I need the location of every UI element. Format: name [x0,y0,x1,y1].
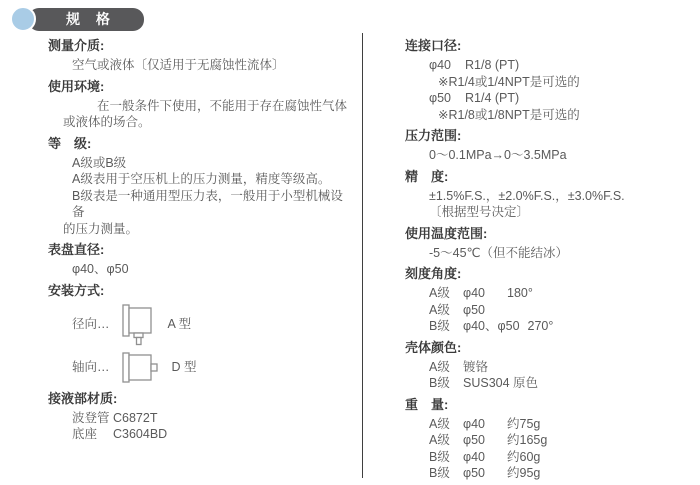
weight-size: φ50 [463,432,499,449]
weight-grade: B级 [429,449,463,466]
weight-row: B级 φ50 约95g [429,465,690,482]
section-title-weight: 重 量: [405,396,690,414]
section-title-environment: 使用环境: [48,78,348,96]
section-title-wetted-material: 接液部材质: [48,390,348,408]
section-title-grade: 等 级: [48,135,348,153]
weight-value: 约60g [507,449,540,466]
case-color-grade: B级 [429,375,463,392]
weight-row: B级 φ40 约60g [429,449,690,466]
accuracy-text-line1: ±1.5%F.S.，±2.0%F.S.，±3.0%F.S. [429,188,690,205]
dial-diameter-text: φ40、φ50 [72,261,348,278]
wetted-material-row: 底座 C3604BD [72,426,348,443]
port-note: ※R1/8或1/8NPT是可选的 [438,107,690,124]
material-part-name: 底座 [72,426,113,443]
weight-value: 约165g [507,432,547,449]
case-color-value: SUS304 原色 [463,375,538,392]
grade-text-line3: B级表是一种通用型压力表，一般用于小型机械设备 [72,188,348,221]
angle-grade: B级 [429,318,463,335]
bullet-circle-icon [10,6,36,32]
section-title-connection-port: 连接口径: [405,37,690,55]
weight-size: φ40 [463,449,499,466]
radial-type-label: A 型 [168,316,192,333]
accuracy-text-line2: 〔根据型号决定〕 [429,204,690,221]
mounting-row-radial: 径向… A 型 [72,304,348,346]
radial-label: 径向… [72,316,110,333]
case-color-value: 镀铬 [463,359,488,376]
material-part-value: C3604BD [113,426,167,443]
environment-text-line2: 或液体的场合。 [63,114,348,131]
angle-value: 180° [507,285,533,302]
port-size: φ50 [429,90,465,107]
measuring-medium-text: 空气或液体〔仅适用于无腐蚀性流体〕 [72,57,348,74]
weight-row: A级 φ50 约165g [429,432,690,449]
weight-value: 约75g [507,416,540,433]
case-color-row: B级 SUS304 原色 [429,375,690,392]
wetted-material-row: 波登管 C6872T [72,410,348,427]
left-column: 测量介质: 空气或液体〔仅适用于无腐蚀性流体〕 使用环境: 在一般条件下使用，不… [48,33,348,443]
port-row: φ50 R1/4 (PT) [429,90,690,107]
weight-grade: A级 [429,416,463,433]
material-part-value: C6872T [113,410,157,427]
scale-angle-row: B级 φ40、φ50 270° [429,318,690,335]
port-thread: R1/8 (PT) [465,57,519,74]
section-title-scale-angle: 刻度角度: [405,265,690,283]
grade-text-line2: A级表用于空压机上的压力测量，精度等级高。 [72,171,348,188]
axial-label: 轴向… [72,359,110,376]
angle-size: φ40 [463,285,499,302]
grade-text-line4: 的压力测量。 [63,221,348,238]
environment-text-line1: 在一般条件下使用，不能用于存在腐蚀性气体 [97,98,348,115]
section-title-dial-diameter: 表盘直径: [48,241,348,259]
page-title: 规 格 [28,8,144,31]
angle-grade: A级 [429,302,463,319]
section-title-measuring-medium: 测量介质: [48,37,348,55]
port-thread: R1/4 (PT) [465,90,519,107]
case-color-grade: A级 [429,359,463,376]
axial-type-label: D 型 [172,359,197,376]
scale-angle-row: A级 φ40 180° [429,285,690,302]
section-title-temperature-range: 使用温度范围: [405,225,690,243]
case-color-row: A级 镀铬 [429,359,690,376]
pressure-range-text: 0～0.1MPa→0～3.5MPa [429,147,690,164]
weight-row: A级 φ40 约75g [429,416,690,433]
weight-grade: B级 [429,465,463,482]
angle-grade: A级 [429,285,463,302]
angle-size: φ40、φ50 [463,318,520,335]
column-divider [362,33,363,478]
mounting-row-axial: 轴向… D 型 [72,352,348,384]
grade-text-line1: A级或B级 [72,155,348,172]
section-title-pressure-range: 压力范围: [405,127,690,145]
section-title-accuracy: 精 度: [405,168,690,186]
scale-angle-row: A级 φ50 [429,302,690,319]
angle-value: 270° [528,318,554,335]
port-size: φ40 [429,57,465,74]
port-row: φ40 R1/8 (PT) [429,57,690,74]
section-title-mounting: 安装方式: [48,282,348,300]
gauge-radial-a-icon [122,304,156,346]
angle-size: φ50 [463,302,499,319]
material-part-name: 波登管 [72,410,113,427]
temperature-range-text: -5～45℃（但不能结冰） [429,245,690,262]
gauge-axial-d-icon [122,352,160,384]
weight-value: 约95g [507,465,540,482]
weight-size: φ40 [463,416,499,433]
weight-grade: A级 [429,432,463,449]
port-note: ※R1/4或1/4NPT是可选的 [438,74,690,91]
right-column: 连接口径: φ40 R1/8 (PT) ※R1/4或1/4NPT是可选的 φ50… [405,33,690,482]
weight-size: φ50 [463,465,499,482]
section-title-case-color: 壳体颜色: [405,339,690,357]
